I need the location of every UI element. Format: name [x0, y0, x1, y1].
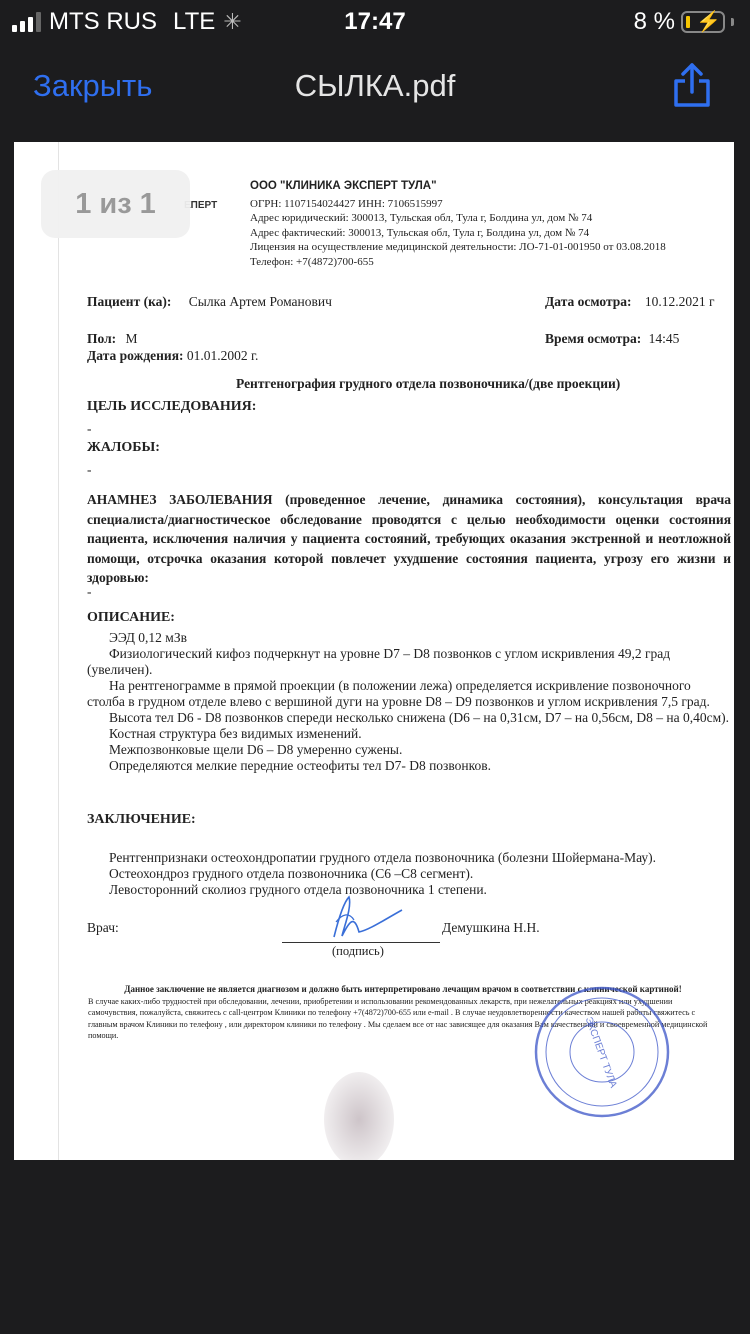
status-right: 8 % ⚡: [634, 8, 734, 36]
conclusion-list: Рентгенпризнаки остеохондропатии грудног…: [87, 850, 731, 898]
close-button[interactable]: Закрыть: [33, 68, 152, 104]
dob-label: Дата рождения:: [87, 348, 184, 363]
anamnesis-value: -: [87, 584, 92, 600]
sex-value: М: [126, 331, 138, 346]
description-line: На рентгенограмме в прямой проекции (в п…: [87, 678, 731, 710]
exam-date-label: Дата осмотра:: [545, 294, 632, 309]
description-line: Костная структура без видимых изменений.: [87, 726, 731, 742]
signature-caption: (подпись): [332, 944, 384, 959]
clinic-header: ООО "КЛИНИКА ЭКСПЕРТ ТУЛА" ОГРН: 1107154…: [250, 179, 666, 269]
pdf-page[interactable]: 1 из 1 ЕПЕРТ ООО "КЛИНИКА ЭКСПЕРТ ТУЛА" …: [14, 142, 734, 1160]
description-line: Межпозвонковые щели D6 – D8 умеренно суж…: [87, 742, 731, 758]
description-line: Определяются мелкие передние остеофиты т…: [87, 758, 731, 774]
description-line: Физиологический кифоз подчеркнут на уров…: [87, 646, 731, 678]
navigation-bar: Закрыть СЫЛКА.pdf: [0, 42, 750, 130]
page-margin-line: [58, 142, 59, 1160]
doctor-label: Врач:: [87, 920, 119, 936]
patient-row: Пациент (ка): Сылка Артем Романович: [87, 294, 332, 310]
description-list: ЭЭД 0,12 мЗв Физиологический кифоз подче…: [87, 630, 731, 774]
dob-row: Дата рождения: 01.01.2002 г.: [87, 348, 258, 364]
status-bar: MTS RUS LTE ✳ 17:47 8 % ⚡: [0, 0, 750, 42]
exam-time-row: Время осмотра: 14:45: [545, 331, 679, 347]
signature-image: [314, 892, 409, 942]
complaints-value: -: [87, 462, 92, 478]
share-icon: [672, 62, 712, 108]
battery-tip: [731, 18, 734, 26]
doctor-name: Демушкина Н.Н.: [442, 920, 540, 936]
purpose-heading: ЦЕЛЬ ИССЛЕДОВАНИЯ:: [87, 399, 256, 415]
complaints-heading: ЖАЛОБЫ:: [87, 440, 160, 456]
conclusion-line: Левосторонний сколиоз грудного отдела по…: [87, 882, 731, 898]
clinic-license: Лицензия на осуществление медицинской де…: [250, 240, 666, 255]
conclusion-line: Рентгенпризнаки остеохондропатии грудног…: [87, 850, 731, 866]
patient-name: Сылка Артем Романович: [189, 294, 332, 309]
page-counter: 1 из 1: [41, 170, 190, 238]
clinic-phone: Телефон: +7(4872)700-655: [250, 255, 666, 270]
anamnesis-text: АНАМНЕЗ ЗАБОЛЕВАНИЯ (проведенное лечение…: [87, 490, 731, 588]
description-line: ЭЭД 0,12 мЗв: [87, 630, 731, 646]
sex-row: Пол: М: [87, 331, 138, 347]
share-button[interactable]: [672, 62, 712, 108]
signature-line: [282, 942, 440, 943]
clinic-legal-address: Адрес юридический: 300013, Тульская обл,…: [250, 211, 666, 226]
patient-label: Пациент (ка):: [87, 294, 171, 309]
exam-date-row: Дата осмотра: 10.12.2021 г: [545, 294, 715, 310]
exam-time-label: Время осмотра:: [545, 331, 641, 346]
conclusion-line: Остеохондроз грудного отдела позвоночник…: [87, 866, 731, 882]
redacted-blur: [324, 1072, 394, 1160]
purpose-value: -: [87, 421, 92, 437]
clinic-actual-address: Адрес фактический: 300013, Тульская обл,…: [250, 226, 666, 241]
clinic-stamp-icon: ЭКСПЕРТ ТУЛА: [532, 982, 672, 1122]
battery-charging-icon: ⚡: [681, 11, 725, 33]
clinic-name: ООО "КЛИНИКА ЭКСПЕРТ ТУЛА": [250, 179, 666, 194]
clinic-ogrn-inn: ОГРН: 1107154024427 ИНН: 7106515997: [250, 197, 666, 212]
exam-time: 14:45: [649, 331, 680, 346]
battery-percent: 8 %: [634, 8, 675, 36]
sex-label: Пол:: [87, 331, 116, 346]
study-title: Рентгенография грудного отдела позвоночн…: [236, 376, 620, 392]
conclusion-heading: ЗАКЛЮЧЕНИЕ:: [87, 812, 196, 828]
dob-value: 01.01.2002 г.: [187, 348, 259, 363]
description-line: Высота тел D6 - D8 позвонков спереди нес…: [87, 710, 731, 726]
exam-date: 10.12.2021 г: [645, 294, 715, 309]
description-heading: ОПИСАНИЕ:: [87, 610, 175, 626]
